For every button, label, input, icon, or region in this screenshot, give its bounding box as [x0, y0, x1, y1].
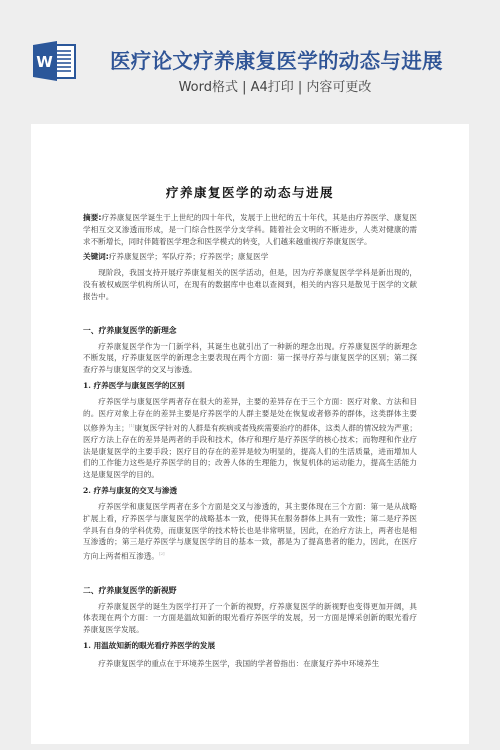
document-title: 疗养康复医学的动态与进展 — [83, 185, 417, 201]
keywords-label: 关键词: — [83, 252, 109, 261]
abstract-text: 疗养康复医学诞生于上世纪的四十年代，发展于上世纪的五十年代，其是由疗养医学、康复… — [83, 213, 417, 246]
banner-header: W 医疗论文疗养康复医学的动态与进展 Word格式 | A4打印 | 内容可更改 — [0, 0, 500, 110]
format-subtitle: Word格式 | A4打印 | 内容可更改 — [110, 76, 440, 95]
paragraph-text: 康复医学针对的人群是有疾病或者残疾需要治疗的群体，这类人群的情况较为严重；医疗方… — [83, 423, 417, 479]
keywords-text: 疗养康复医学；军队疗养；疗养医学；康复医学 — [109, 252, 268, 261]
svg-text:W: W — [36, 53, 53, 71]
subsection-paragraph: 疗养医学与康复医学两者存在很大的差异，主要的差异存在于三个方面：医疗对象、方法和… — [83, 396, 417, 481]
subsection-heading: 2. 疗养与康复的交叉与渗透 — [83, 485, 417, 497]
intro-paragraph: 现阶段，我国支持开展疗养康复相关的医学活动，但是，因为疗养康复医学学科是新出现的… — [83, 267, 417, 302]
section-heading: 二、疗养康复医学的新视野 — [83, 585, 417, 597]
document-page: 疗养康复医学的动态与进展 摘要:疗养康复医学诞生于上世纪的四十年代，发展于上世纪… — [31, 124, 469, 744]
word-document-icon: W — [31, 40, 77, 82]
section-paragraph: 疗养康复医学作为一门新学科，其诞生也就引出了一种新的理念出现。疗养康复医学的新理… — [83, 341, 417, 376]
abstract-label: 摘要: — [83, 213, 101, 222]
paragraph-text: 疗养医学和康复医学两者在多个方面是交叉与渗透的，其主要体现在三个方面：第一是从战… — [83, 502, 417, 561]
abstract: 摘要:疗养康复医学诞生于上世纪的四十年代，发展于上世纪的五十年代，其是由疗养医学… — [83, 212, 417, 247]
subsection-heading: 1. 用温故知新的眼光看疗养医学的发展 — [83, 640, 417, 652]
section-paragraph: 疗养康复医学的诞生为医学打开了一个新的视野，疗养康复医学的新视野也变得更加开阔，… — [83, 601, 417, 636]
section-heading: 一、疗养康复医学的新理念 — [83, 325, 417, 337]
citation-ref[interactable]: [2] — [159, 551, 165, 556]
document-body: 疗养康复医学的动态与进展 摘要:疗养康复医学诞生于上世纪的四十年代，发展于上世纪… — [83, 185, 417, 670]
subsection-paragraph: 疗养康复医学的重点在于环境养生医学，我国的学者曾指出：在康复疗养中环境养生 — [83, 658, 417, 670]
subsection-paragraph: 疗养医学和康复医学两者在多个方面是交叉与渗透的，其主要体现在三个方面：第一是从战… — [83, 501, 417, 563]
subsection-heading: 1. 疗养医学与康复医学的区别 — [83, 380, 417, 392]
keywords: 关键词:疗养康复医学；军队疗养；疗养医学；康复医学 — [83, 251, 417, 263]
page-title: 医疗论文疗养康复医学的动态与进展 — [110, 44, 440, 74]
